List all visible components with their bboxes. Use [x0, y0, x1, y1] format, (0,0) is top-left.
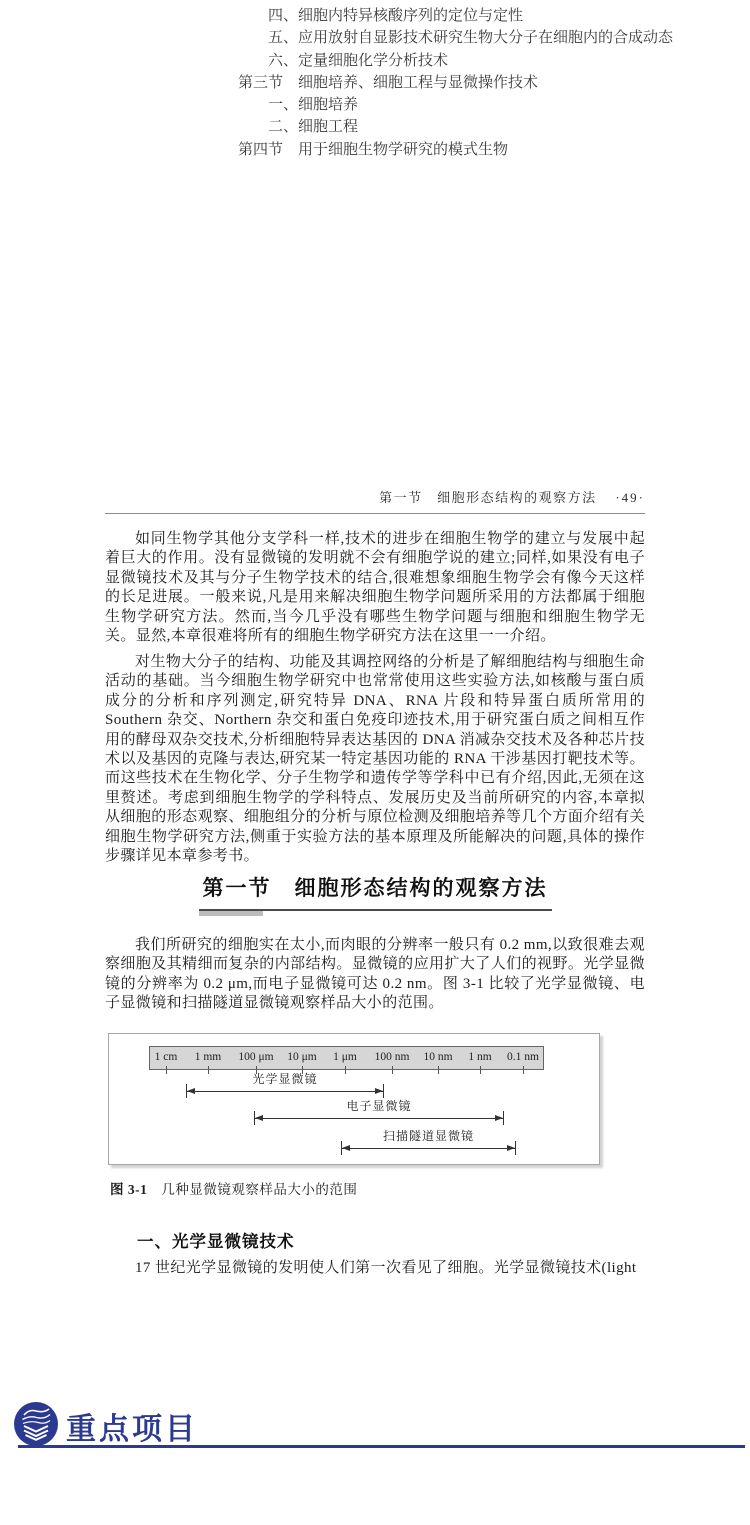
figure-caption-text: 几种显微镜观察样品大小的范围 [161, 1182, 357, 1197]
scale-tick [166, 1066, 167, 1074]
toc-item: 一、细胞培养 [105, 94, 665, 116]
figure-range-label: 光学显微镜 [186, 1070, 384, 1087]
toc-item: 二、细胞工程 [105, 116, 665, 138]
paragraph-2: 对生物大分子的结构、功能及其调控网络的分析是了解细胞结构与细胞生命活动的基础。当… [105, 653, 645, 866]
figure-caption: 图 3-1几种显微镜观察样品大小的范围 [110, 1178, 357, 1198]
toc-item: 第四节 用于细胞生物学研究的模式生物 [105, 139, 665, 161]
arrowhead-left-icon [255, 1115, 263, 1121]
figure-3-1: 1 cm1 mm100 μm10 μm1 μm100 nm10 nm1 nm0.… [108, 1033, 600, 1165]
paragraph-1: 如同生物学其他分支学科一样,技术的进步在细胞生物学的建立与发展中起着巨大的作用。… [105, 530, 645, 646]
arrowhead-left-icon [187, 1088, 195, 1094]
toc-item: 第三节 细胞培养、细胞工程与显微操作技术 [105, 72, 665, 94]
figure-range-label: 电子显微镜 [254, 1097, 504, 1114]
subsection-heading: 一、光学显微镜技术 [137, 1228, 295, 1252]
running-header: 第一节 细胞形态结构的观察方法 ·49· [105, 487, 645, 514]
scale-label: 0.1 nm [490, 1051, 556, 1063]
paragraph-3: 我们所研究的细胞实在太小,而肉眼的分辨率一般只有 0.2 mm,以致很难去观察细… [105, 936, 645, 1014]
section-heading-wrap: 第一节 细胞形态结构的观察方法 [105, 872, 645, 911]
book-page: 四、细胞内特异核酸序列的定位与定性五、应用放射自显影技术研究生物大分子在细胞内的… [0, 0, 750, 1525]
toc-item: 六、定量细胞化学分析技术 [105, 50, 665, 72]
range-end-bar [503, 1111, 504, 1125]
footer-label: 重点项目 [66, 1404, 198, 1448]
arrowhead-right-icon [375, 1088, 383, 1094]
scale-tick [438, 1066, 439, 1074]
scale-tick [392, 1066, 393, 1074]
scale-tick [523, 1066, 524, 1074]
scale-tick [480, 1066, 481, 1074]
toc-item: 四、细胞内特异核酸序列的定位与定性 [105, 5, 665, 27]
toc-item: 五、应用放射自显影技术研究生物大分子在细胞内的合成动态 [105, 27, 665, 49]
figure-scale-bar: 1 cm1 mm100 μm10 μm1 μm100 nm10 nm1 nm0.… [149, 1046, 544, 1070]
running-header-title: 第一节 细胞形态结构的观察方法 [379, 490, 597, 505]
table-of-contents: 四、细胞内特异核酸序列的定位与定性五、应用放射自显影技术研究生物大分子在细胞内的… [105, 5, 665, 161]
arrowhead-right-icon [495, 1115, 503, 1121]
section-heading: 第一节 细胞形态结构的观察方法 [199, 872, 552, 911]
figure-range-label: 扫描隧道显微镜 [341, 1127, 516, 1144]
range-line [186, 1091, 384, 1092]
publisher-books-logo-icon [13, 1401, 59, 1447]
range-line [341, 1148, 516, 1149]
page-number: ·49· [615, 490, 645, 505]
paragraph-4: 17 世纪光学显微镜的发明使人们第一次看见了细胞。光学显微镜技术(light [105, 1259, 645, 1278]
range-end-bar [383, 1084, 384, 1098]
arrowhead-left-icon [342, 1145, 350, 1151]
arrowhead-right-icon [507, 1145, 515, 1151]
figure-caption-label: 图 3-1 [110, 1182, 147, 1197]
range-end-bar [515, 1141, 516, 1155]
range-line [254, 1118, 504, 1119]
